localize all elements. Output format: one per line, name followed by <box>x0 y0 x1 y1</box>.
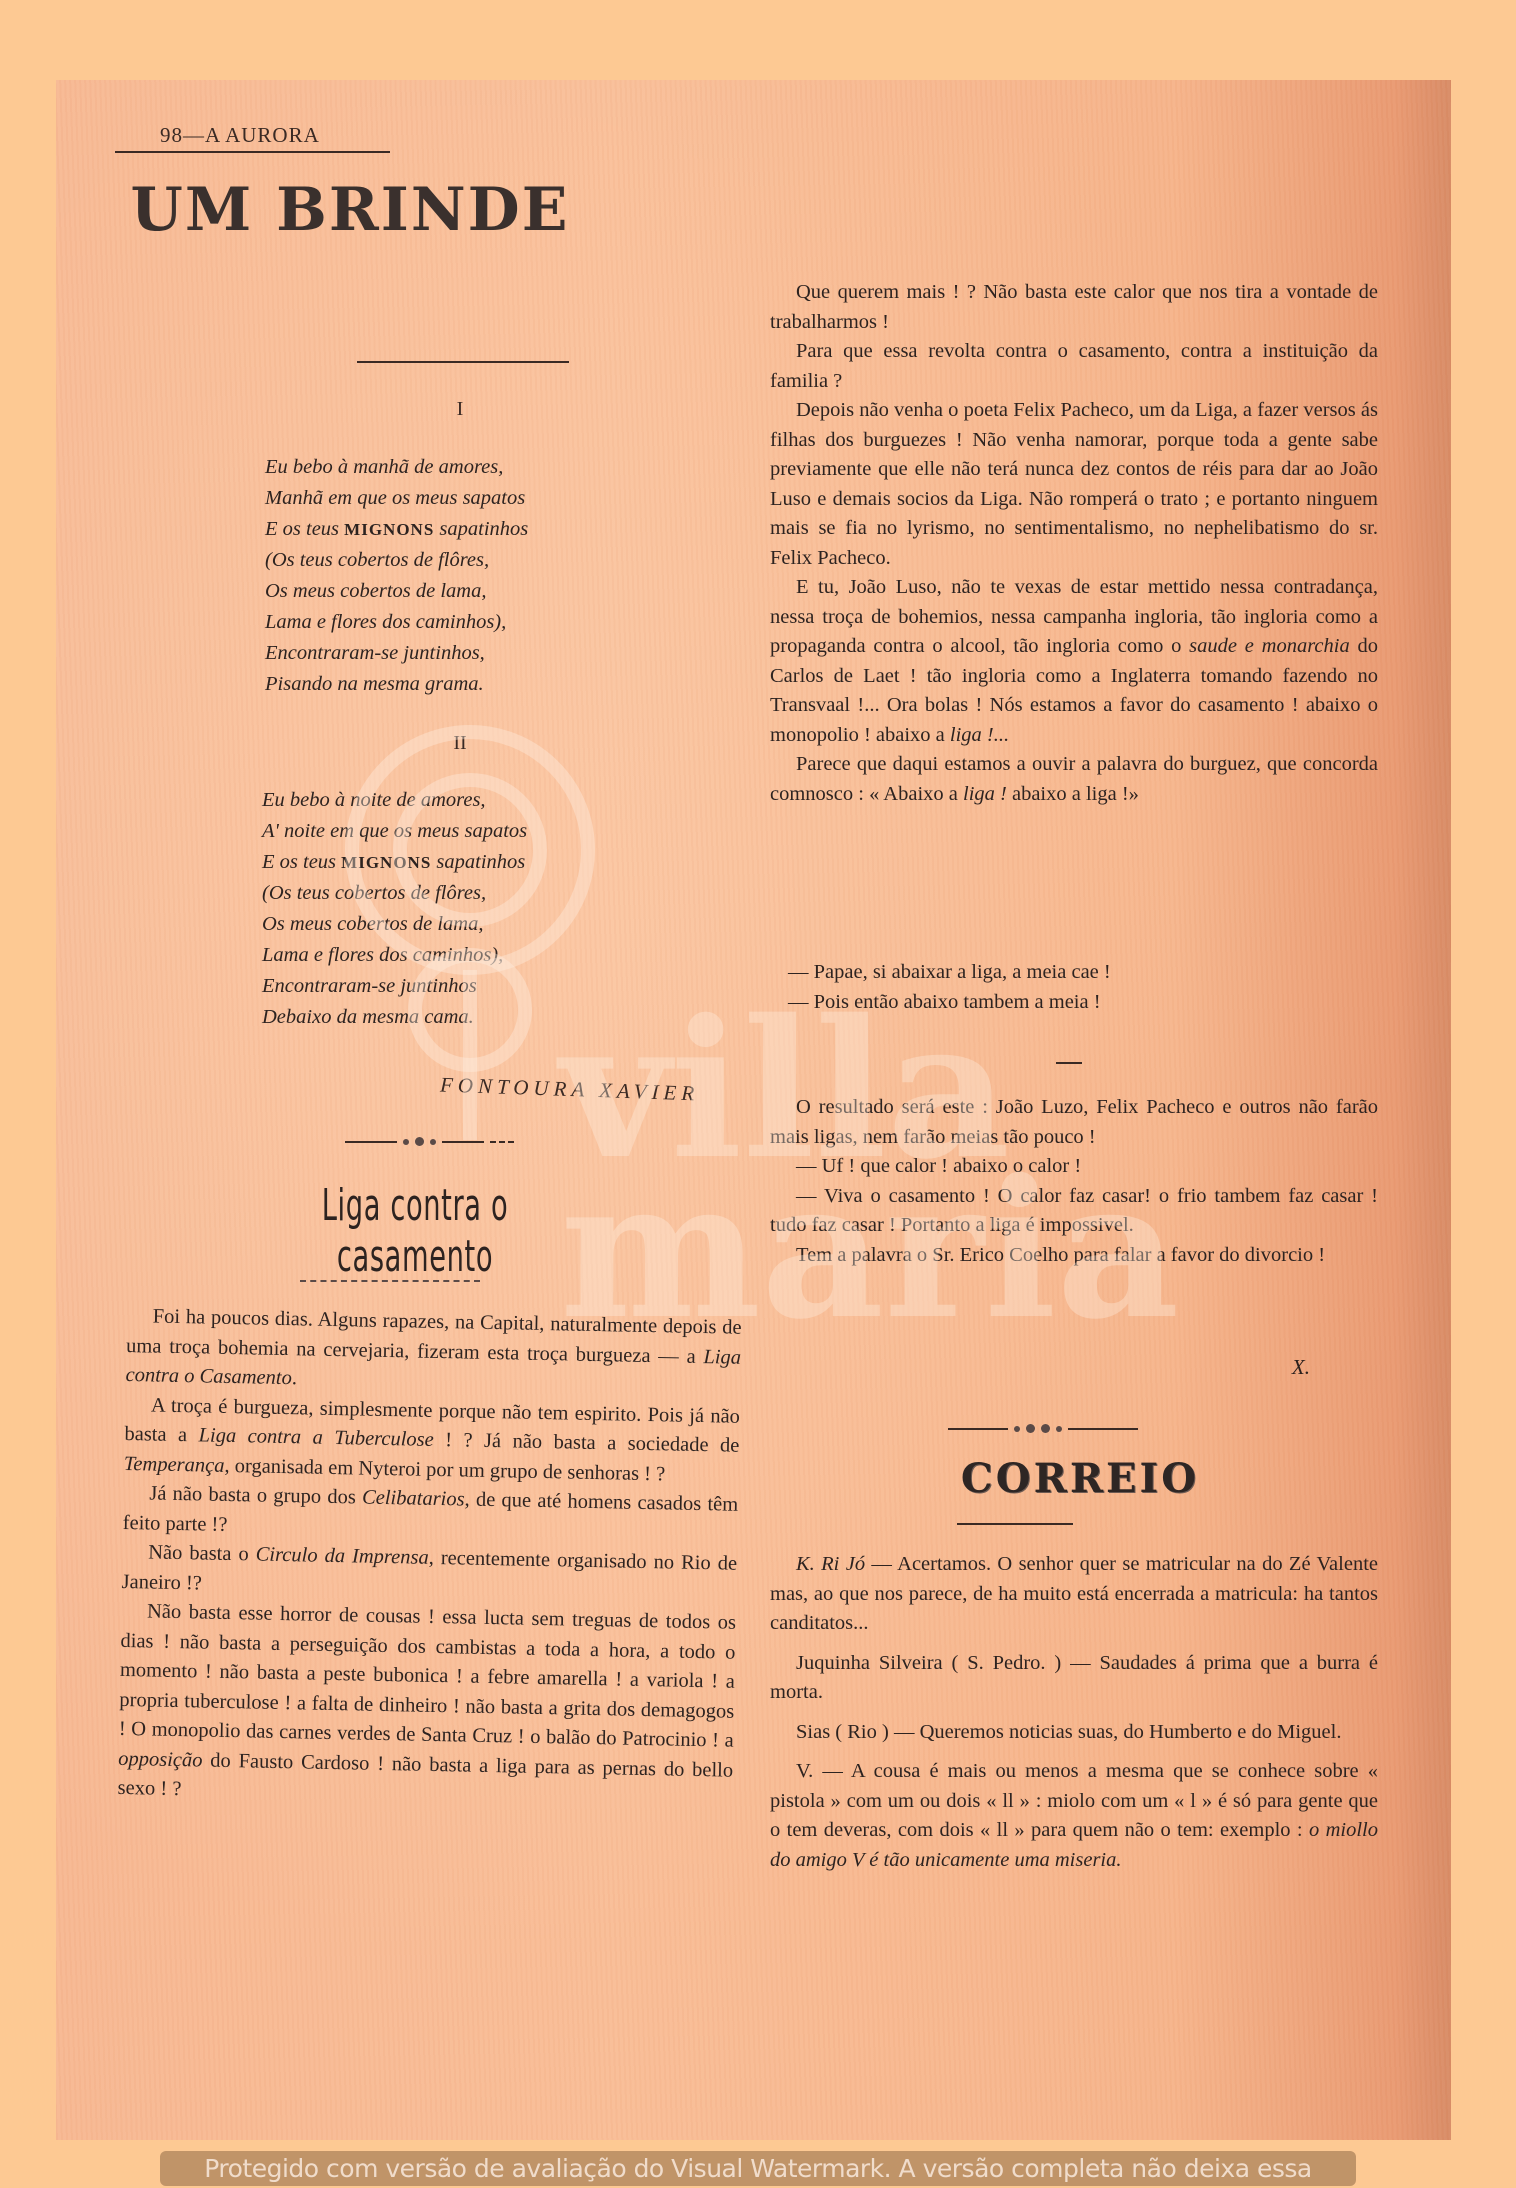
running-head-rule <box>115 151 390 153</box>
poem-line: Manhã em que os meus sapatos <box>265 483 528 514</box>
paragraph: Tem a palavra o Sr. Erico Coelho para fa… <box>770 1241 1378 1271</box>
paragraph: Não basta esse horror de cousas ! essa l… <box>117 1597 736 1815</box>
archive-watermark-logo-icon <box>290 720 650 1140</box>
article-title: Liga contra o casamento <box>251 1180 580 1282</box>
paragraph: Juquinha Silveira ( S. Pedro. ) — Saudad… <box>770 1649 1378 1708</box>
section-rule <box>1056 1062 1082 1064</box>
poem-title: UM BRINDE <box>110 175 590 245</box>
paragraph: — Viva o casamento ! O calor faz casar! … <box>770 1182 1378 1241</box>
paragraph: — Papae, si abaixar a liga, a meia cae ! <box>770 958 1378 988</box>
article-signature: X. <box>1240 1355 1310 1380</box>
paragraph: K. Ri Jó — Acertamos. O senhor quer se m… <box>770 1550 1378 1639</box>
paragraph: Foi ha poucos dias. Alguns rapazes, na C… <box>125 1302 742 1402</box>
article-title-rule <box>300 1280 480 1282</box>
paragraph: Que querem mais ! ? Não basta este calor… <box>770 278 1378 337</box>
correio-entries: K. Ri Jó — Acertamos. O senhor quer se m… <box>770 1550 1378 1885</box>
paragraph: Parece que daqui estamos a ouvir a palav… <box>770 750 1378 809</box>
paragraph: Sias ( Rio ) — Queremos noticias suas, d… <box>770 1718 1378 1748</box>
article-conclusion: O resultado será este : João Luzo, Felix… <box>770 1093 1378 1270</box>
poem-line: E os teus MIGNONS sapatinhos <box>265 514 528 545</box>
poem-line: (Os teus cobertos de flôres, <box>265 545 528 576</box>
stanza-number-1: I <box>420 398 500 421</box>
evaluation-watermark-banner: Protegido com versão de avaliação do Vis… <box>160 2151 1356 2186</box>
poem-line: Encontraram-se juntinhos, <box>265 638 528 669</box>
poem-line: Lama e flores dos caminhos), <box>265 607 528 638</box>
paragraph: V. — A cousa é mais ou menos a mesma que… <box>770 1757 1378 1875</box>
poem-line: Eu bebo à manhã de amores, <box>265 452 528 483</box>
poem-line: Pisando na mesma grama. <box>265 669 528 700</box>
paragraph: Depois não venha o poeta Felix Pacheco, … <box>770 396 1378 573</box>
poem-stanza-1: Eu bebo à manhã de amores,Manhã em que o… <box>265 452 528 700</box>
paragraph: O resultado será este : João Luzo, Felix… <box>770 1093 1378 1152</box>
correio-title-rule <box>957 1523 1073 1525</box>
article-right-column: Que querem mais ! ? Não basta este calor… <box>770 278 1378 809</box>
paragraph: Para que essa revolta contra o casamento… <box>770 337 1378 396</box>
paragraph: — Pois então abaixo tambem a meia ! <box>770 988 1378 1018</box>
poem-line: Os meus cobertos de lama, <box>265 576 528 607</box>
paragraph: A troça é burgueza, simplesmente porque … <box>124 1390 741 1490</box>
dialogue-1: — Papae, si abaixar a liga, a meia cae !… <box>770 958 1378 1017</box>
article-left-column: Foi ha poucos dias. Alguns rapazes, na C… <box>117 1302 742 1815</box>
title-rule <box>357 361 569 363</box>
correio-title: CORREIO <box>880 1455 1280 1502</box>
paragraph: — Uf ! que calor ! abaixo o calor ! <box>770 1152 1378 1182</box>
paragraph: E tu, João Luso, não te vexas de estar m… <box>770 573 1378 750</box>
correio-ornament <box>948 1424 1138 1433</box>
running-head: 98—A AURORA <box>160 123 320 148</box>
